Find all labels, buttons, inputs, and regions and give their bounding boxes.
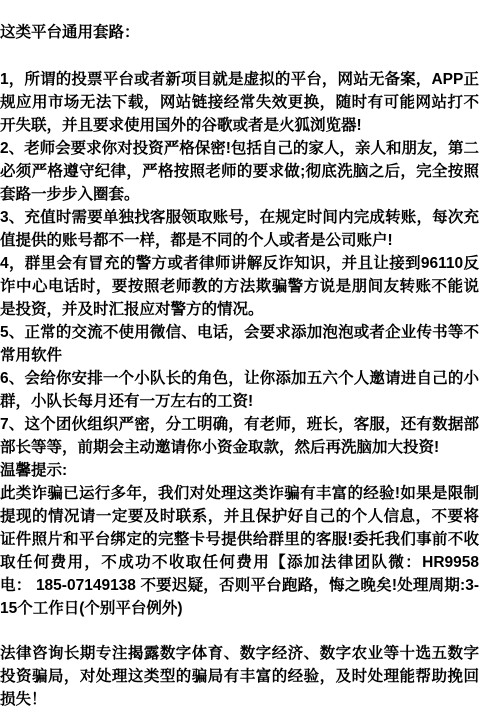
scam-warning-document: 这类平台通用套路： 1，所谓的投票平台或者新项目就是虚拟的平台，网站无备案，AP…: [0, 0, 480, 711]
tactic-item-7: 7、这个团伙组织严密，分工明确，有老师，班长，客服，还有数据部部长等等，前期会主…: [0, 413, 479, 459]
page-title: 这类平台通用套路：: [0, 21, 479, 44]
tips-body: 此类诈骗已运行多年，我们对处理这类诈骗有丰富的经验!如果是限制提现的情况请一定要…: [0, 482, 479, 620]
tactic-item-5: 5、正常的交流不使用微信、电话，会要求添加泡泡或者企业传书等不常用软件: [0, 321, 479, 367]
closing-paragraph: 法律咨询长期专注揭露数字体育、数字经济、数字农业等十选五数字投资骗局，对处理这类…: [0, 642, 479, 711]
tips-heading: 温馨提示:: [0, 459, 479, 482]
tactics-list: 1，所谓的投票平台或者新项目就是虚拟的平台，网站无备案，APP正规应用市场无法下…: [0, 68, 479, 459]
tactic-item-4: 4，群里会有冒充的警方或者律师讲解反诈知识，并且让接到96110反诈中心电话时，…: [0, 252, 479, 321]
tactic-item-2: 2、老师会要求你对投资严格保密!包括自己的家人，亲人和朋友，第二必须严格遵守纪律…: [0, 137, 479, 206]
tactic-item-1: 1，所谓的投票平台或者新项目就是虚拟的平台，网站无备案，APP正规应用市场无法下…: [0, 68, 479, 137]
tactic-item-3: 3、充值时需要单独找客服领取账号，在规定时间内完成转账，每次充值提供的账号都不一…: [0, 206, 479, 252]
tactic-item-6: 6、会给你安排一个小队长的角色，让你添加五六个人邀请进自己的小群，小队长每月还有…: [0, 367, 479, 413]
